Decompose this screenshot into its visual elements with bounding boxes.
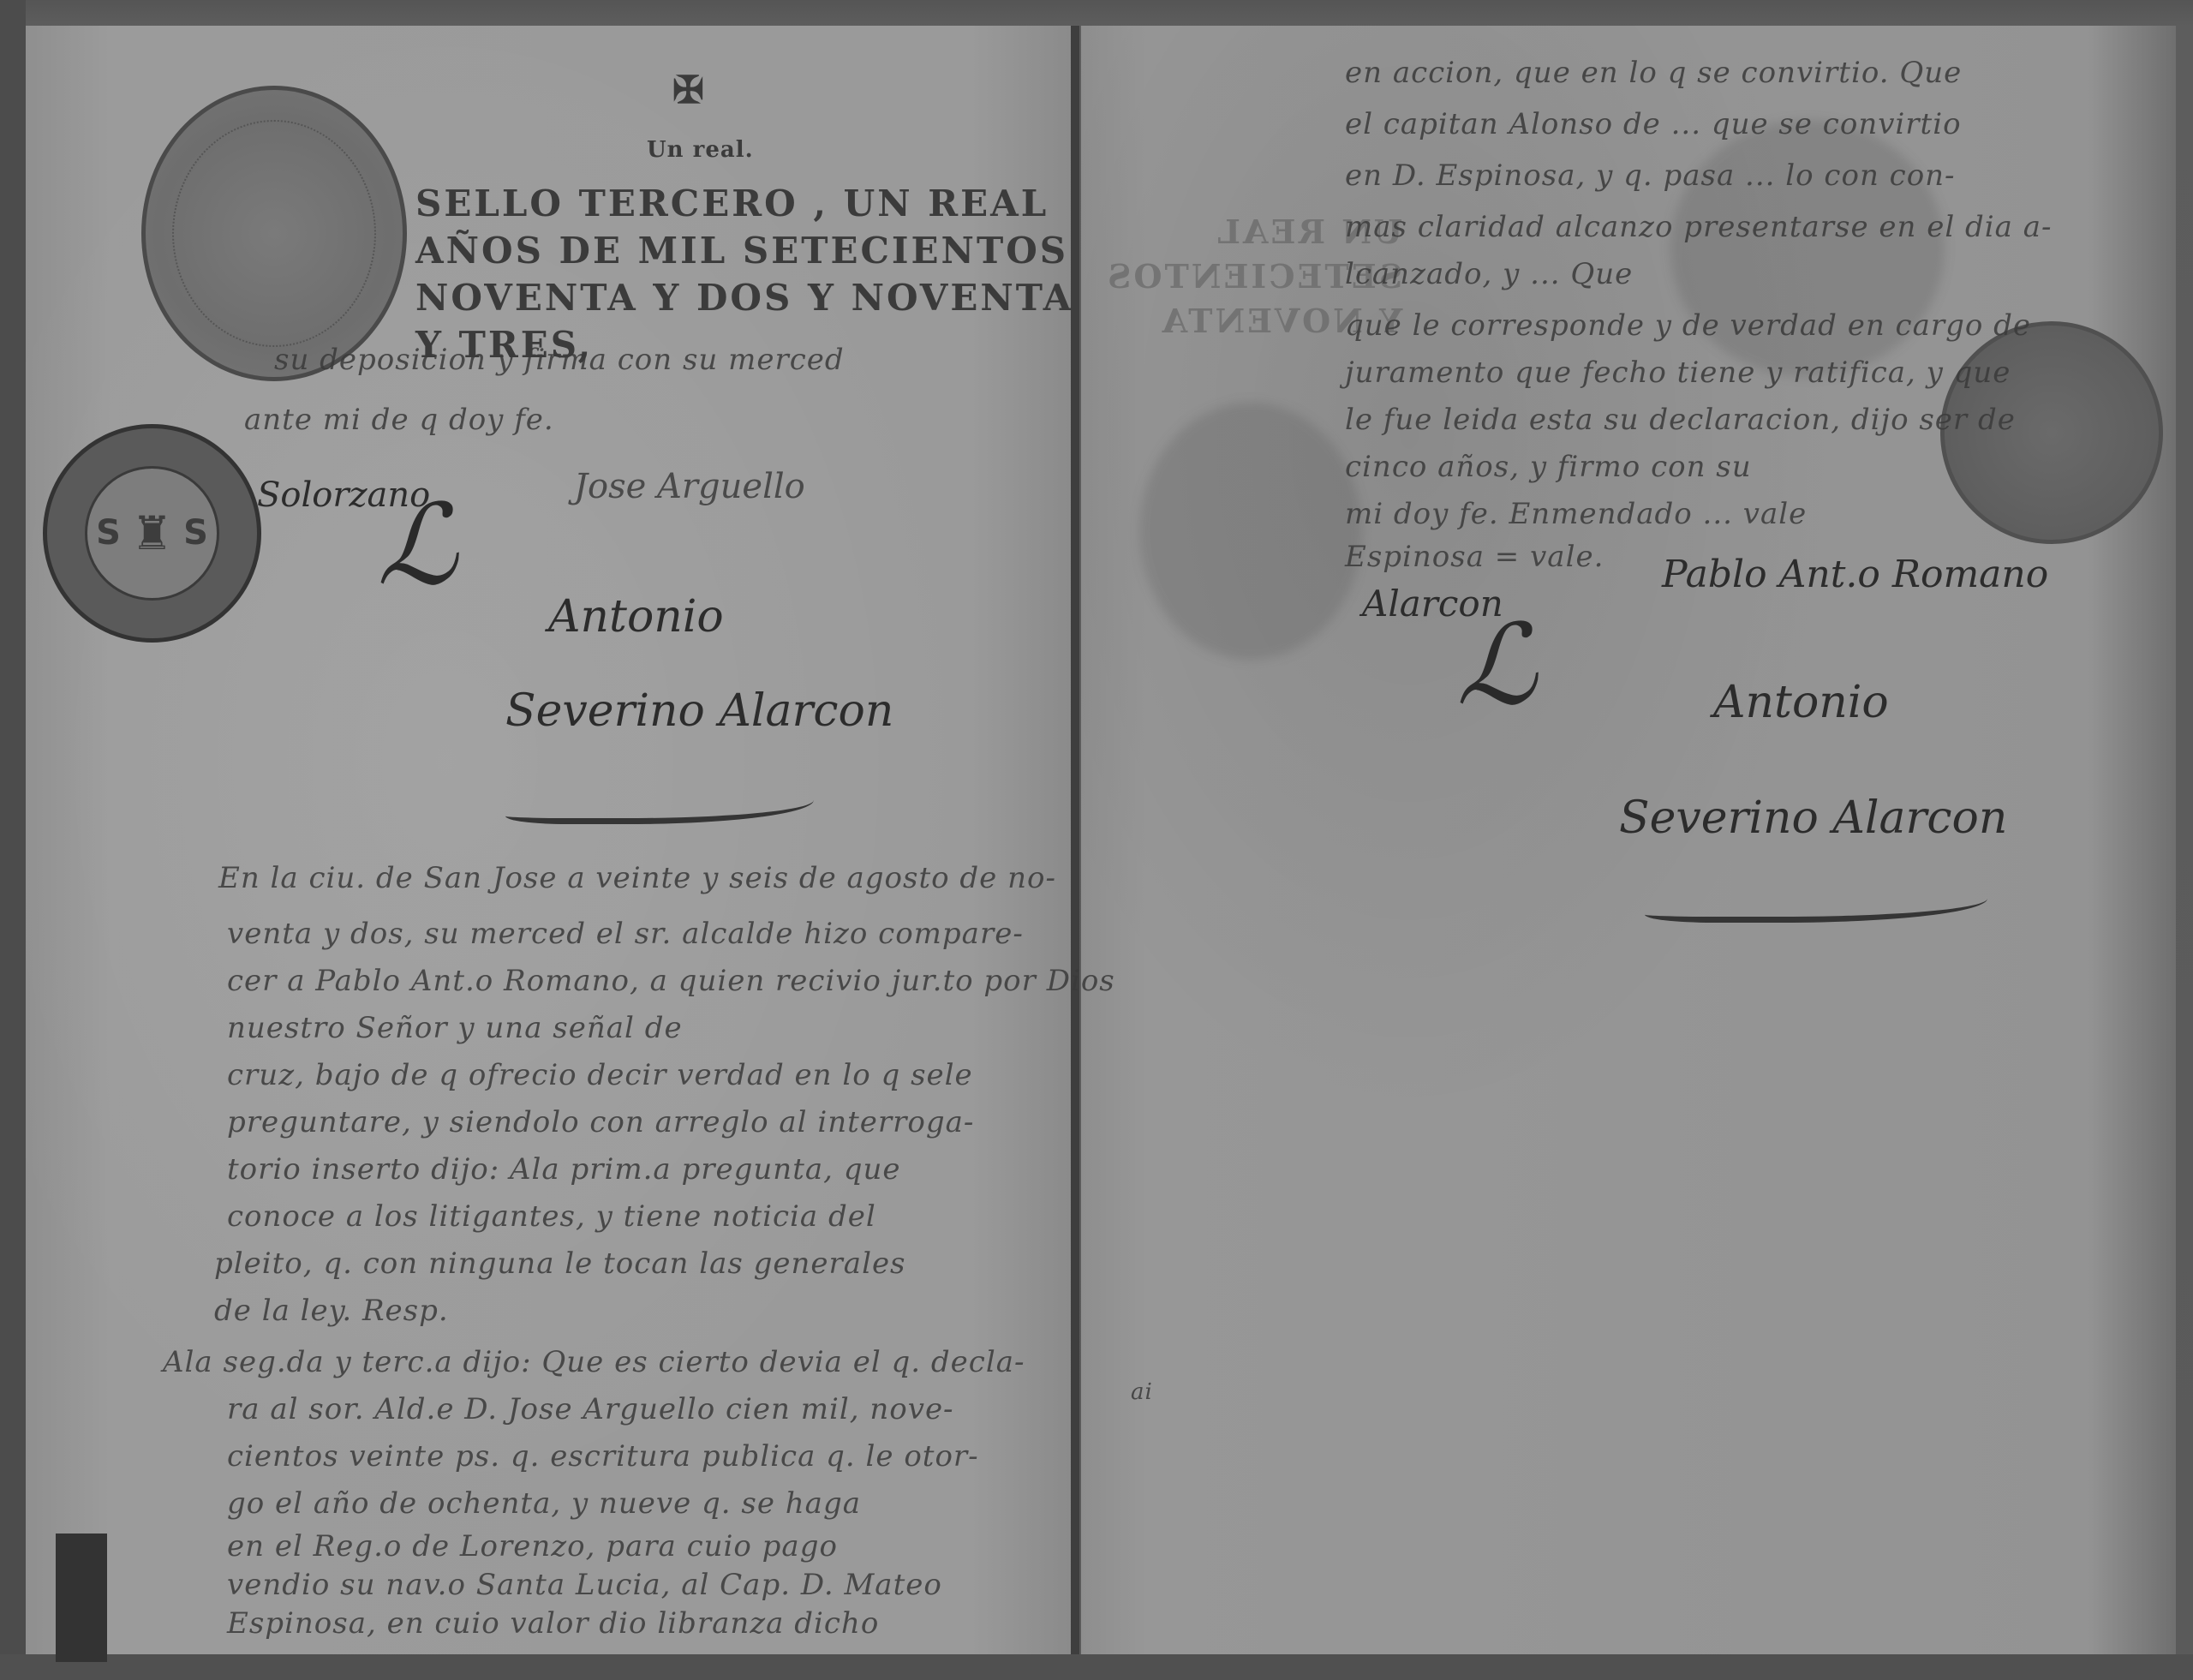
stamp-line: SELLO TERCERO , UN REAL: [415, 180, 1073, 227]
seal-initial-right: S: [183, 513, 208, 553]
binding-edge: [0, 0, 26, 1680]
manuscript-line: que le corresponde y de verdad en cargo …: [1345, 308, 2031, 343]
manuscript-line: ra al sor. Ald.e D. Jose Arguello cien m…: [227, 1392, 954, 1426]
signature-antonio: Antonio: [548, 591, 724, 643]
manuscript-line: En la ciu. de San Jose a veinte y seis d…: [218, 861, 1056, 895]
manuscript-line: preguntare, y siendolo con arreglo al in…: [227, 1105, 974, 1139]
stamp-header: SELLO TERCERO , UN REALAÑOS DE MIL SETEC…: [415, 180, 1073, 368]
margin-mark: ai: [1131, 1379, 1153, 1405]
manuscript-line: nuestro Señor y una señal de: [227, 1011, 683, 1045]
manuscript-line: Ala seg.da y terc.a dijo: Que es cierto …: [163, 1345, 1025, 1379]
stamp-line: AÑOS DE MIL SETECIENTOS: [415, 227, 1073, 274]
signature-antonio: Antonio: [1713, 677, 1889, 728]
manuscript-line: mas claridad alcanzo presentarse en el d…: [1345, 210, 2053, 244]
manuscript-line: en accion, que en lo q se convirtio. Que: [1345, 56, 1962, 90]
manuscript-line: lcanzado, y ... Que: [1345, 257, 1633, 291]
manuscript-line: torio inserto dijo: Ala prim.a pregunta,…: [227, 1152, 901, 1187]
manuscript-line: juramento que fecho tiene y ratifica, y …: [1345, 356, 2011, 390]
stamp-line: NOVENTA Y DOS Y NOVENTA: [415, 274, 1073, 321]
manuscript-line: pleito, q. con ninguna le tocan las gene…: [214, 1247, 906, 1281]
manuscript-line: venta y dos, su merced el sr. alcalde hi…: [227, 917, 1024, 951]
manuscript-line: cinco años, y firmo con su: [1345, 450, 1752, 484]
manuscript-line: Espinosa = vale.: [1345, 540, 1604, 574]
manuscript-line: Espinosa, en cuio valor dio libranza dic…: [227, 1606, 879, 1641]
signature-pablo-romano: Pablo Ant.o Romano: [1662, 553, 2048, 596]
castle-seal-icon: S ♜ S: [43, 424, 261, 643]
manuscript-line: vendio su nav.o Santa Lucia, al Cap. D. …: [227, 1568, 942, 1602]
cross-icon: ✠: [672, 69, 707, 112]
signature-severino-alarcon: Severino Alarcon: [505, 685, 893, 737]
manuscript-line: cientos veinte ps. q. escritura publica …: [227, 1439, 979, 1474]
signature-arguello: Jose Arguello: [574, 467, 805, 506]
manuscript-line: su deposicion y firma con su merced: [274, 343, 845, 377]
seal-initial-left: S: [96, 513, 121, 553]
manuscript-line: cer a Pablo Ant.o Romano, a quien recivi…: [227, 964, 1115, 998]
manuscript-line: mi doy fe. Enmendado ... vale: [1345, 497, 1807, 531]
manuscript-line: de la ley. Resp.: [214, 1294, 449, 1328]
manuscript-line: go el año de ochenta, y nueve q. se haga: [227, 1486, 861, 1521]
manuscript-line: en el Reg.o de Lorenzo, para cuio pago: [227, 1529, 838, 1563]
manuscript-line: cruz, bajo de q ofrecio decir verdad en …: [227, 1058, 973, 1092]
manuscript-line: el capitan Alonso de ... que se convirti…: [1345, 107, 1962, 141]
signature-severino-alarcon: Severino Alarcon: [1619, 792, 2007, 844]
castle-icon: ♜: [131, 506, 172, 560]
manuscript-line: en D. Espinosa, y q. pasa ... lo con con…: [1345, 158, 1956, 193]
scan-bottom-band: [0, 1654, 2193, 1680]
manuscript-line: ante mi de q doy fe.: [244, 403, 554, 437]
stain: [1139, 403, 1362, 660]
stamp-value: Un real.: [647, 137, 754, 163]
manuscript-line: le fue leida esta su declaracion, dijo s…: [1345, 403, 2016, 437]
rubric-mark: ℒ: [377, 480, 457, 610]
manuscript-line: conoce a los litigantes, y tiene noticia…: [227, 1199, 876, 1234]
royal-seal-icon: [141, 86, 407, 381]
rubric-mark: ℒ: [1456, 600, 1537, 730]
binding-tab: [56, 1534, 107, 1662]
